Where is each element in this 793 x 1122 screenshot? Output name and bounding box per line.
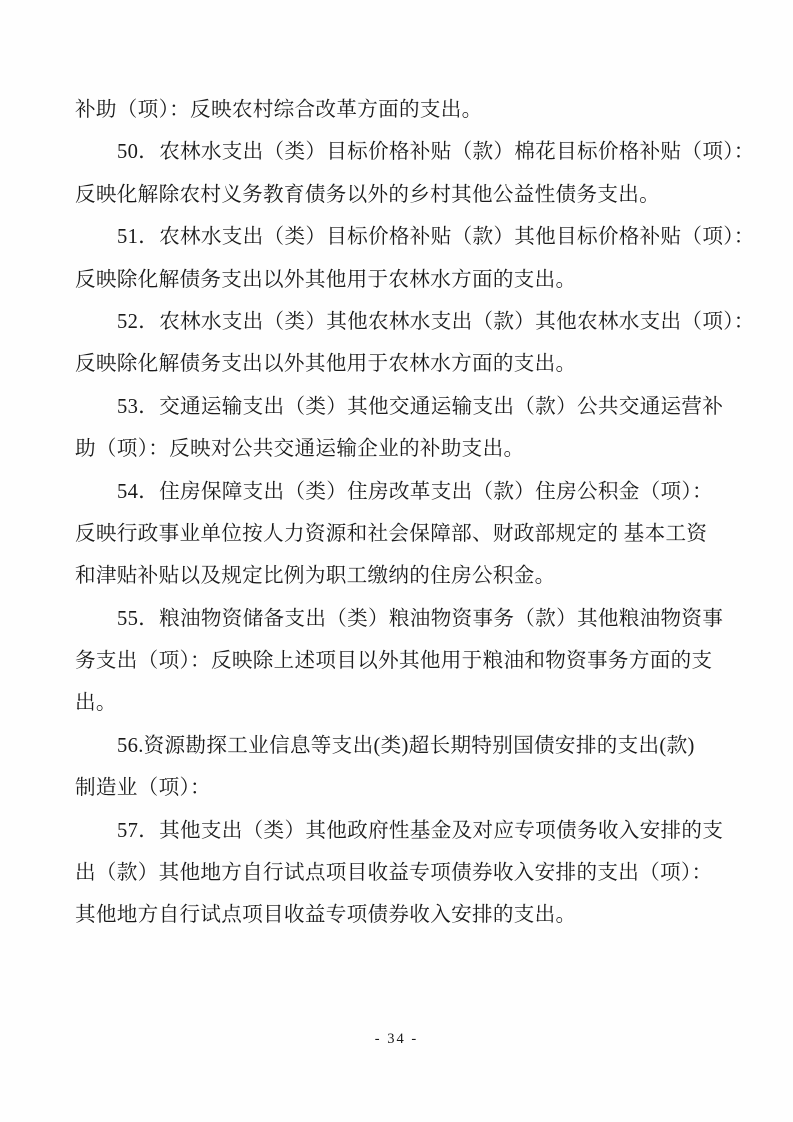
text-line: 助（项）：反映对公共交通运输企业的补助支出。 xyxy=(75,428,775,470)
text-line: 反映除化解债务支出以外其他用于农林水方面的支出。 xyxy=(75,259,775,301)
text-line: 制造业（项）： xyxy=(75,767,775,809)
text-line: 和津贴补贴以及规定比例为职工缴纳的住房公积金。 xyxy=(75,555,775,597)
text-line: 出（款）其他地方自行试点项目收益专项债券收入安排的支出（项）： xyxy=(75,852,775,894)
text-line: 出。 xyxy=(75,682,775,724)
text-line: 反映化解除农村义务教育债务以外的乡村其他公益性债务支出。 xyxy=(75,174,775,216)
text-line: 53．交通运输支出（类）其他交通运输支出（款）公共交通运营补 xyxy=(75,386,775,428)
text-line: 56.资源勘探工业信息等支出(类)超长期特别国债安排的支出(款) xyxy=(75,725,775,767)
text-line: 54．住房保障支出（类）住房改革支出（款）住房公积金（项）： xyxy=(75,471,775,513)
text-line: 其他地方自行试点项目收益专项债券收入安排的支出。 xyxy=(75,894,775,936)
text-line: 50．农林水支出（类）目标价格补贴（款）棉花目标价格补贴（项）： xyxy=(75,131,775,173)
text-line: 57．其他支出（类）其他政府性基金及对应专项债务收入安排的支 xyxy=(75,810,775,852)
page-number: - 34 - xyxy=(0,1031,793,1048)
text-line: 55．粮油物资储备支出（类）粮油物资事务（款）其他粮油物资事 xyxy=(75,598,775,640)
text-line: 52．农林水支出（类）其他农林水支出（款）其他农林水支出（项）： xyxy=(75,301,775,343)
text-line: 补助（项）：反映农村综合改革方面的支出。 xyxy=(75,89,775,131)
text-line: 务支出（项）：反映除上述项目以外其他用于粮油和物资事务方面的支 xyxy=(75,640,775,682)
text-line: 反映行政事业单位按人力资源和社会保障部、财政部规定的 基本工资 xyxy=(75,513,775,555)
document-body-text: 补助（项）：反映农村综合改革方面的支出。 50．农林水支出（类）目标价格补贴（款… xyxy=(75,89,775,937)
document-page: 补助（项）：反映农村综合改革方面的支出。 50．农林水支出（类）目标价格补贴（款… xyxy=(0,0,793,1122)
text-line: 反映除化解债务支出以外其他用于农林水方面的支出。 xyxy=(75,343,775,385)
text-line: 51．农林水支出（类）目标价格补贴（款）其他目标价格补贴（项）： xyxy=(75,216,775,258)
